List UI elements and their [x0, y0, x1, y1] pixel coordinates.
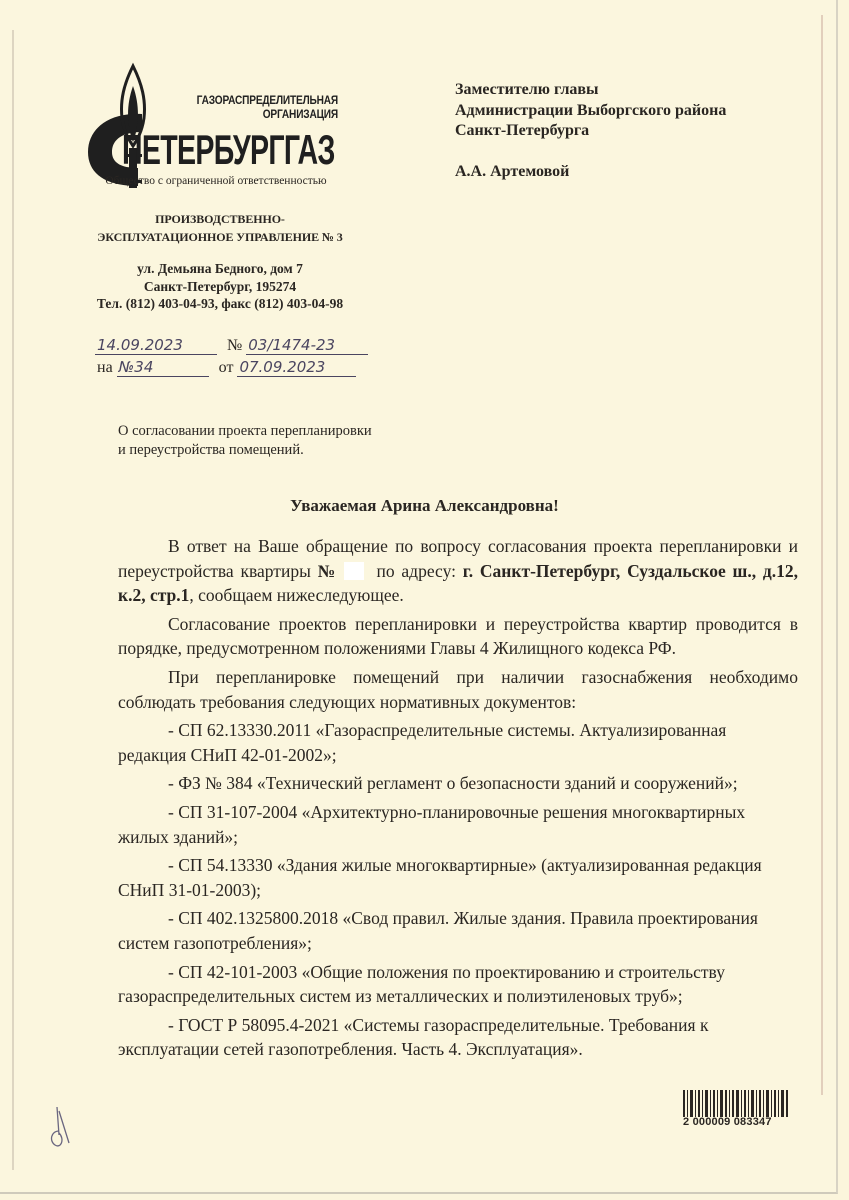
subject: О согласовании проекта перепланировки и … [118, 422, 372, 460]
legal-form: Общество с ограниченной ответственностью [88, 175, 344, 187]
reply-to-label: на [97, 359, 113, 376]
subject-line2: и переустройства помещений. [118, 441, 372, 460]
recipient-name: А.А. Артемовой [455, 162, 726, 183]
handwritten-initials-icon [45, 1105, 75, 1155]
scan-edge-line [821, 15, 823, 1095]
registration-row-incoming: на №34 от 07.09.2023 [97, 358, 356, 377]
reply-to-date: 07.09.2023 [237, 358, 356, 377]
redacted-apartment-number [344, 562, 364, 580]
paragraph-procedure: Согласование проектов перепланировки и п… [118, 612, 798, 661]
letter-body: В ответ на Ваше обращение по вопросу сог… [118, 534, 798, 1062]
address-contacts: Тел. (812) 403-04-93, факс (812) 403-04-… [70, 295, 370, 313]
sender-address: ул. Демьяна Бедного, дом 7 Санкт-Петербу… [70, 260, 370, 313]
letter-page: ГАЗОРАСПРЕДЕЛИТЕЛЬНАЯ ОРГАНИЗАЦИЯ ПЕТЕРБ… [0, 0, 838, 1194]
address-street: ул. Демьяна Бедного, дом 7 [70, 260, 370, 278]
p1-end: , сообщаем нижеследующее. [189, 585, 403, 605]
number-label: № [227, 337, 242, 354]
recipient-block: Заместителю главы Администрации Выборгск… [455, 80, 726, 182]
document-item: - ФЗ № 384 «Технический регламент о безо… [118, 771, 798, 796]
p1-mid: по адресу: [370, 561, 463, 581]
barcode-number: 2 000009 083347 [683, 1116, 793, 1128]
document-item: - СП 402.1325800.2018 «Свод правил. Жилы… [118, 906, 798, 955]
recipient-line2: Администрации Выборгского района [455, 101, 726, 122]
subject-line1: О согласовании проекта перепланировки [118, 422, 372, 441]
paragraph-request: В ответ на Ваше обращение по вопросу сог… [118, 534, 798, 608]
org-type-label: ГАЗОРАСПРЕДЕЛИТЕЛЬНАЯ ОРГАНИЗАЦИЯ [192, 94, 338, 122]
scan-edge-line [12, 30, 14, 1170]
reply-to-number: №34 [117, 358, 209, 377]
document-item: - СП 54.13330 «Здания жилые многоквартир… [118, 853, 798, 902]
from-label: от [219, 359, 234, 376]
department-name: ПРОИЗВОДСТВЕННО- ЭКСПЛУАТАЦИОННОЕ УПРАВЛ… [70, 210, 370, 246]
recipient-line1: Заместителю главы [455, 80, 726, 101]
department-line1: ПРОИЗВОДСТВЕННО- [70, 210, 370, 228]
outgoing-date: 14.09.2023 [95, 336, 217, 355]
document-item: - СП 62.13330.2011 «Газораспределительны… [118, 718, 798, 767]
paragraph-requirements: При перепланировке помещений при наличии… [118, 665, 798, 714]
outgoing-number: 03/1474-23 [246, 336, 368, 355]
org-type-line2: ОРГАНИЗАЦИЯ [192, 108, 338, 122]
document-item: - СП 31-107-2004 «Архитектурно-планирово… [118, 800, 798, 849]
recipient-line3: Санкт-Петербурга [455, 121, 726, 142]
barcode-icon [683, 1090, 788, 1117]
org-type-line1: ГАЗОРАСПРЕДЕЛИТЕЛЬНАЯ [192, 94, 338, 108]
address-city: Санкт-Петербург, 195274 [70, 278, 370, 296]
department-line2: ЭКСПЛУАТАЦИОННОЕ УПРАВЛЕНИЕ № 3 [70, 228, 370, 246]
document-item: - ГОСТ Р 58095.4-2021 «Системы газораспр… [118, 1013, 798, 1062]
salutation: Уважаемая Арина Александровна! [0, 496, 849, 516]
registration-row-outgoing: 14.09.2023 № 03/1474-23 [95, 336, 368, 355]
document-item: - СП 42-101-2003 «Общие положения по про… [118, 960, 798, 1009]
apartment-number-label: № [318, 561, 338, 581]
company-name: ПЕТЕРБУРГГАЗ [122, 128, 335, 172]
